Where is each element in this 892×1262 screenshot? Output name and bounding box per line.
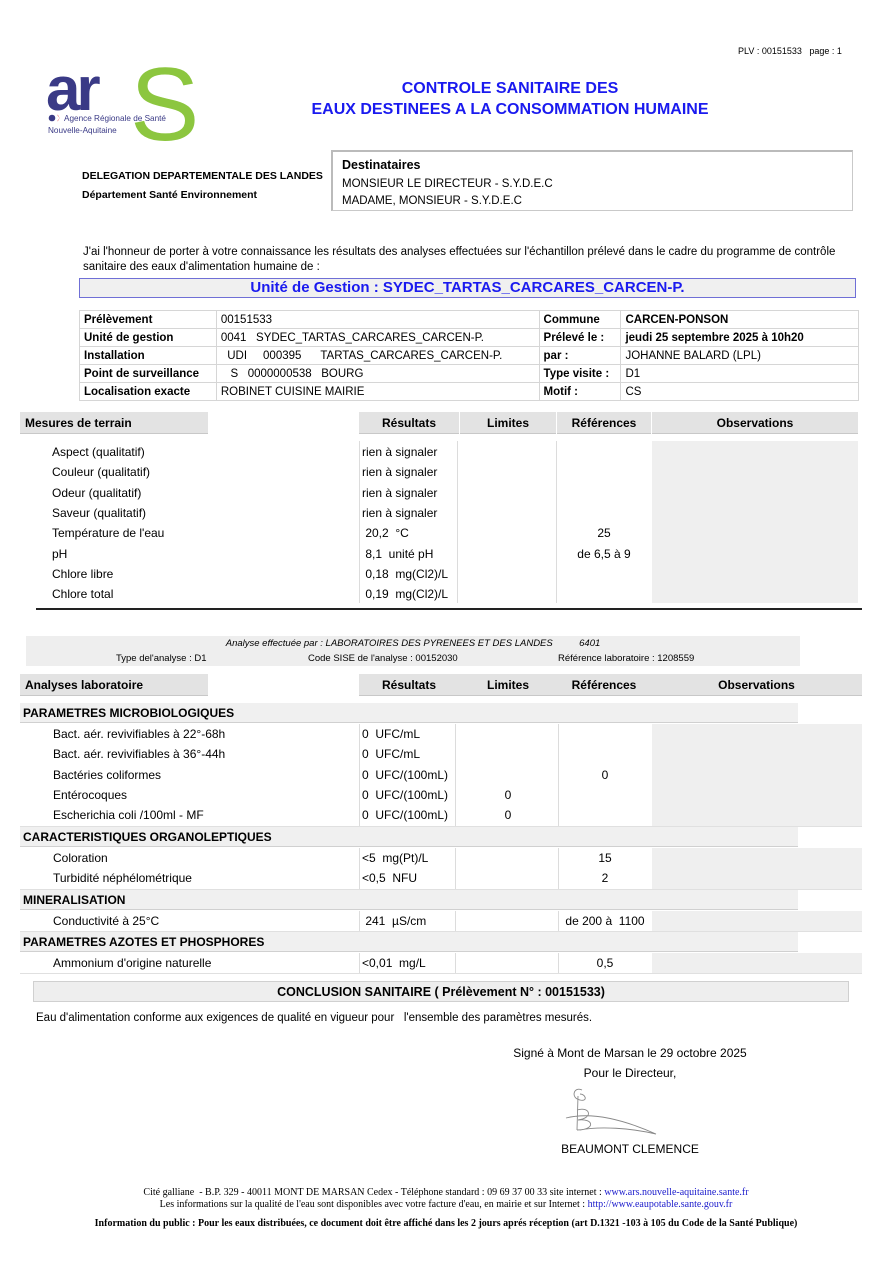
column-divider bbox=[556, 441, 557, 603]
signed-place-date: Signé à Mont de Marsan le 29 octobre 202… bbox=[480, 1043, 780, 1063]
ars-website-link[interactable]: www.ars.nouvelle-aquitaine.sante.fr bbox=[604, 1187, 748, 1198]
measure-result: rien à signaler bbox=[362, 506, 437, 520]
column-divider bbox=[359, 441, 360, 603]
parameter-limit: 0 bbox=[459, 808, 557, 822]
info-label: Prélèvement bbox=[80, 311, 217, 329]
info-row: Unité de gestion0041 SYDEC_TARTAS_CARCAR… bbox=[80, 329, 859, 347]
info-value: UDI 000395 TARTAS_CARCARES_CARCEN-P. bbox=[216, 347, 539, 365]
footer-info: Les informations sur la qualité de l'eau… bbox=[40, 1199, 852, 1210]
sample-info-table: Prélèvement00151533CommuneCARCEN-PONSONU… bbox=[79, 310, 859, 401]
lab-header-name: Analyses laboratoire bbox=[20, 674, 208, 696]
info-value: 0041 SYDEC_TARTAS_CARCARES_CARCEN-P. bbox=[216, 329, 539, 347]
parameter-result: 0 UFC/mL bbox=[362, 747, 420, 761]
column-divider bbox=[457, 441, 458, 603]
recipient-line: MONSIEUR LE DIRECTEUR - S.Y.D.E.C bbox=[342, 176, 843, 193]
parameter-result: 0 UFC/mL bbox=[362, 727, 420, 741]
ars-logo: ar S Agence Régionale de Santé Nouvelle-… bbox=[44, 62, 224, 152]
section-heading: PARAMETRES AZOTES ET PHOSPHORES bbox=[20, 932, 798, 952]
section-heading: MINERALISATION bbox=[20, 890, 798, 910]
info-row: Point de surveillance S 0000000538 BOURG… bbox=[80, 365, 859, 383]
info-text: Les informations sur la qualité de l'eau… bbox=[160, 1199, 588, 1210]
info-label: Localisation exacte bbox=[80, 383, 217, 401]
unite-gestion-banner: Unité de Gestion : SYDEC_TARTAS_CARCARES… bbox=[79, 278, 856, 298]
info-row: Installation UDI 000395 TARTAS_CARCARES_… bbox=[80, 347, 859, 365]
title-line-2: EAUX DESTINEES A LA CONSOMMATION HUMAINE bbox=[250, 99, 770, 120]
info-label: Point de surveillance bbox=[80, 365, 217, 383]
parameter-name: Bact. aér. revivifiables à 22°-68h bbox=[53, 727, 225, 741]
measure-result: 0,19 mg(Cl2)/L bbox=[362, 587, 448, 601]
measure-reference: de 6,5 à 9 bbox=[557, 547, 651, 561]
eaupotable-link[interactable]: http://www.eaupotable.sante.gouv.fr bbox=[588, 1199, 733, 1210]
svg-text:S: S bbox=[130, 62, 199, 152]
parameter-reference: 0,5 bbox=[558, 956, 652, 970]
delegation-name: DELEGATION DEPARTEMENTALE DES LANDES bbox=[82, 170, 323, 182]
title-line-1: CONTROLE SANITAIRE DES bbox=[250, 78, 770, 99]
parameter-result: 0 UFC/(100mL) bbox=[362, 768, 448, 782]
info-label: par : bbox=[539, 347, 621, 365]
parameter-reference: 2 bbox=[558, 871, 652, 885]
plv-page-reference: PLV : 00151533 page : 1 bbox=[738, 46, 842, 56]
column-divider bbox=[455, 848, 456, 889]
signature-block: Signé à Mont de Marsan le 29 octobre 202… bbox=[480, 1043, 780, 1083]
lab-header-observations: Observations bbox=[651, 674, 862, 696]
recipients-box: Destinataires MONSIEUR LE DIRECTEUR - S.… bbox=[331, 150, 853, 211]
lab-header-limites: Limites bbox=[459, 674, 557, 696]
conclusion-title: CONCLUSION SANITAIRE ( Prélèvement N° : … bbox=[33, 981, 849, 1002]
conclusion-text: Eau d'alimentation conforme aux exigence… bbox=[36, 1012, 592, 1024]
info-value: CS bbox=[621, 383, 859, 401]
terrain-header-references: Références bbox=[557, 412, 651, 434]
parameter-name: Bactéries coliformes bbox=[53, 768, 161, 782]
code-sise: Code SISE de l'analyse : 00152030 bbox=[308, 653, 458, 664]
measure-name: Odeur (qualitatif) bbox=[52, 486, 141, 500]
info-label: Prélevé le : bbox=[539, 329, 621, 347]
lab-header-resultats: Résultats bbox=[359, 674, 459, 696]
measure-result: 20,2 °C bbox=[362, 526, 409, 540]
svg-text:Agence Régionale de Santé: Agence Régionale de Santé bbox=[64, 114, 166, 123]
observations-column bbox=[652, 441, 858, 603]
measure-reference: 25 bbox=[557, 526, 651, 540]
svg-text:Nouvelle-Aquitaine: Nouvelle-Aquitaine bbox=[48, 126, 117, 135]
column-divider bbox=[455, 911, 456, 931]
info-value: S 0000000538 BOURG bbox=[216, 365, 539, 383]
measure-result: rien à signaler bbox=[362, 445, 437, 459]
measure-name: Saveur (qualitatif) bbox=[52, 506, 146, 520]
terrain-bottom-rule bbox=[36, 608, 862, 610]
recipient-line: MADAME, MONSIEUR - S.Y.D.E.C bbox=[342, 193, 843, 210]
measure-name: Température de l'eau bbox=[52, 526, 164, 540]
public-notice: Information du public : Pour les eaux di… bbox=[40, 1218, 852, 1229]
parameter-result: 0 UFC/(100mL) bbox=[362, 808, 448, 822]
document-title: CONTROLE SANITAIRE DES EAUX DESTINEES A … bbox=[250, 78, 770, 120]
parameter-name: Coloration bbox=[53, 851, 108, 865]
measure-result: rien à signaler bbox=[362, 486, 437, 500]
intro-paragraph: J'ai l'honneur de porter à votre connais… bbox=[83, 245, 843, 275]
observations-column bbox=[652, 953, 862, 973]
parameter-limit: 0 bbox=[459, 788, 557, 802]
handwritten-signature-icon bbox=[560, 1082, 670, 1142]
info-row: Localisation exacteROBINET CUISINE MAIRI… bbox=[80, 383, 859, 401]
info-label: Commune bbox=[539, 311, 621, 329]
footer-address: Cité galliane - B.P. 329 - 40011 MONT DE… bbox=[40, 1187, 852, 1198]
parameter-result: <0,01 mg/L bbox=[362, 956, 426, 970]
parameter-name: Bact. aér. revivifiables à 36°-44h bbox=[53, 747, 225, 761]
column-divider bbox=[359, 911, 360, 931]
observations-column bbox=[652, 911, 862, 931]
terrain-header-name: Mesures de terrain bbox=[20, 412, 208, 434]
row-separator bbox=[20, 973, 862, 974]
observations-column bbox=[652, 724, 862, 826]
column-divider bbox=[455, 724, 456, 826]
parameter-result: 0 UFC/(100mL) bbox=[362, 788, 448, 802]
parameter-result: <5 mg(Pt)/L bbox=[362, 851, 428, 865]
info-label: Type visite : bbox=[539, 365, 621, 383]
section-heading: CARACTERISTIQUES ORGANOLEPTIQUES bbox=[20, 827, 798, 847]
parameter-name: Ammonium d'origine naturelle bbox=[53, 956, 211, 970]
observations-column bbox=[652, 848, 862, 889]
department-name: Département Santé Environnement bbox=[82, 189, 257, 201]
measure-name: pH bbox=[52, 547, 67, 561]
info-value: JOHANNE BALARD (LPL) bbox=[621, 347, 859, 365]
signed-for: Pour le Directeur, bbox=[480, 1063, 780, 1083]
info-label: Unité de gestion bbox=[80, 329, 217, 347]
info-value: jeudi 25 septembre 2025 à 10h20 bbox=[621, 329, 859, 347]
column-divider bbox=[359, 724, 360, 826]
parameter-result: <0,5 NFU bbox=[362, 871, 417, 885]
measure-name: Chlore total bbox=[52, 587, 113, 601]
info-row: Prélèvement00151533CommuneCARCEN-PONSON bbox=[80, 311, 859, 329]
parameter-name: Entérocoques bbox=[53, 788, 127, 802]
lab-reference: Référence laboratoire : 1208559 bbox=[558, 653, 694, 664]
parameter-reference: de 200 à 1100 bbox=[558, 914, 652, 928]
terrain-header-resultats: Résultats bbox=[359, 412, 459, 434]
parameter-reference: 0 bbox=[558, 768, 652, 782]
measure-result: 8,1 unité pH bbox=[362, 547, 433, 561]
parameter-name: Conductivité à 25°C bbox=[53, 914, 159, 928]
info-value: D1 bbox=[621, 365, 859, 383]
ars-logo-icon: ar S Agence Régionale de Santé Nouvelle-… bbox=[44, 62, 224, 152]
column-divider bbox=[359, 848, 360, 889]
terrain-header-observations: Observations bbox=[652, 412, 858, 434]
measure-result: rien à signaler bbox=[362, 465, 437, 479]
column-divider bbox=[359, 953, 360, 973]
parameter-name: Escherichia coli /100ml - MF bbox=[53, 808, 204, 822]
parameter-reference: 15 bbox=[558, 851, 652, 865]
parameter-name: Turbidité néphélométrique bbox=[53, 871, 192, 885]
lab-header-references: Références bbox=[557, 674, 651, 696]
info-value: ROBINET CUISINE MAIRIE bbox=[216, 383, 539, 401]
info-label: Installation bbox=[80, 347, 217, 365]
measure-name: Aspect (qualitatif) bbox=[52, 445, 145, 459]
info-label: Motif : bbox=[539, 383, 621, 401]
parameter-result: 241 µS/cm bbox=[362, 914, 426, 928]
lab-performed-by: Analyse effectuée par : LABORATOIRES DES… bbox=[26, 638, 800, 649]
info-value: CARCEN-PONSON bbox=[621, 311, 859, 329]
lab-info-band: Analyse effectuée par : LABORATOIRES DES… bbox=[26, 636, 800, 666]
analysis-type: Type del'analyse : D1 bbox=[116, 653, 207, 664]
section-heading: PARAMETRES MICROBIOLOGIQUES bbox=[20, 703, 798, 723]
column-divider bbox=[455, 953, 456, 973]
address-text: Cité galliane - B.P. 329 - 40011 MONT DE… bbox=[143, 1187, 604, 1198]
info-value: 00151533 bbox=[216, 311, 539, 329]
terrain-header-limites: Limites bbox=[460, 412, 556, 434]
measure-name: Chlore libre bbox=[52, 567, 113, 581]
measure-result: 0,18 mg(Cl2)/L bbox=[362, 567, 448, 581]
recipients-heading: Destinataires bbox=[342, 158, 843, 172]
signatory-name: BEAUMONT CLEMENCE bbox=[480, 1142, 780, 1156]
measure-name: Couleur (qualitatif) bbox=[52, 465, 150, 479]
